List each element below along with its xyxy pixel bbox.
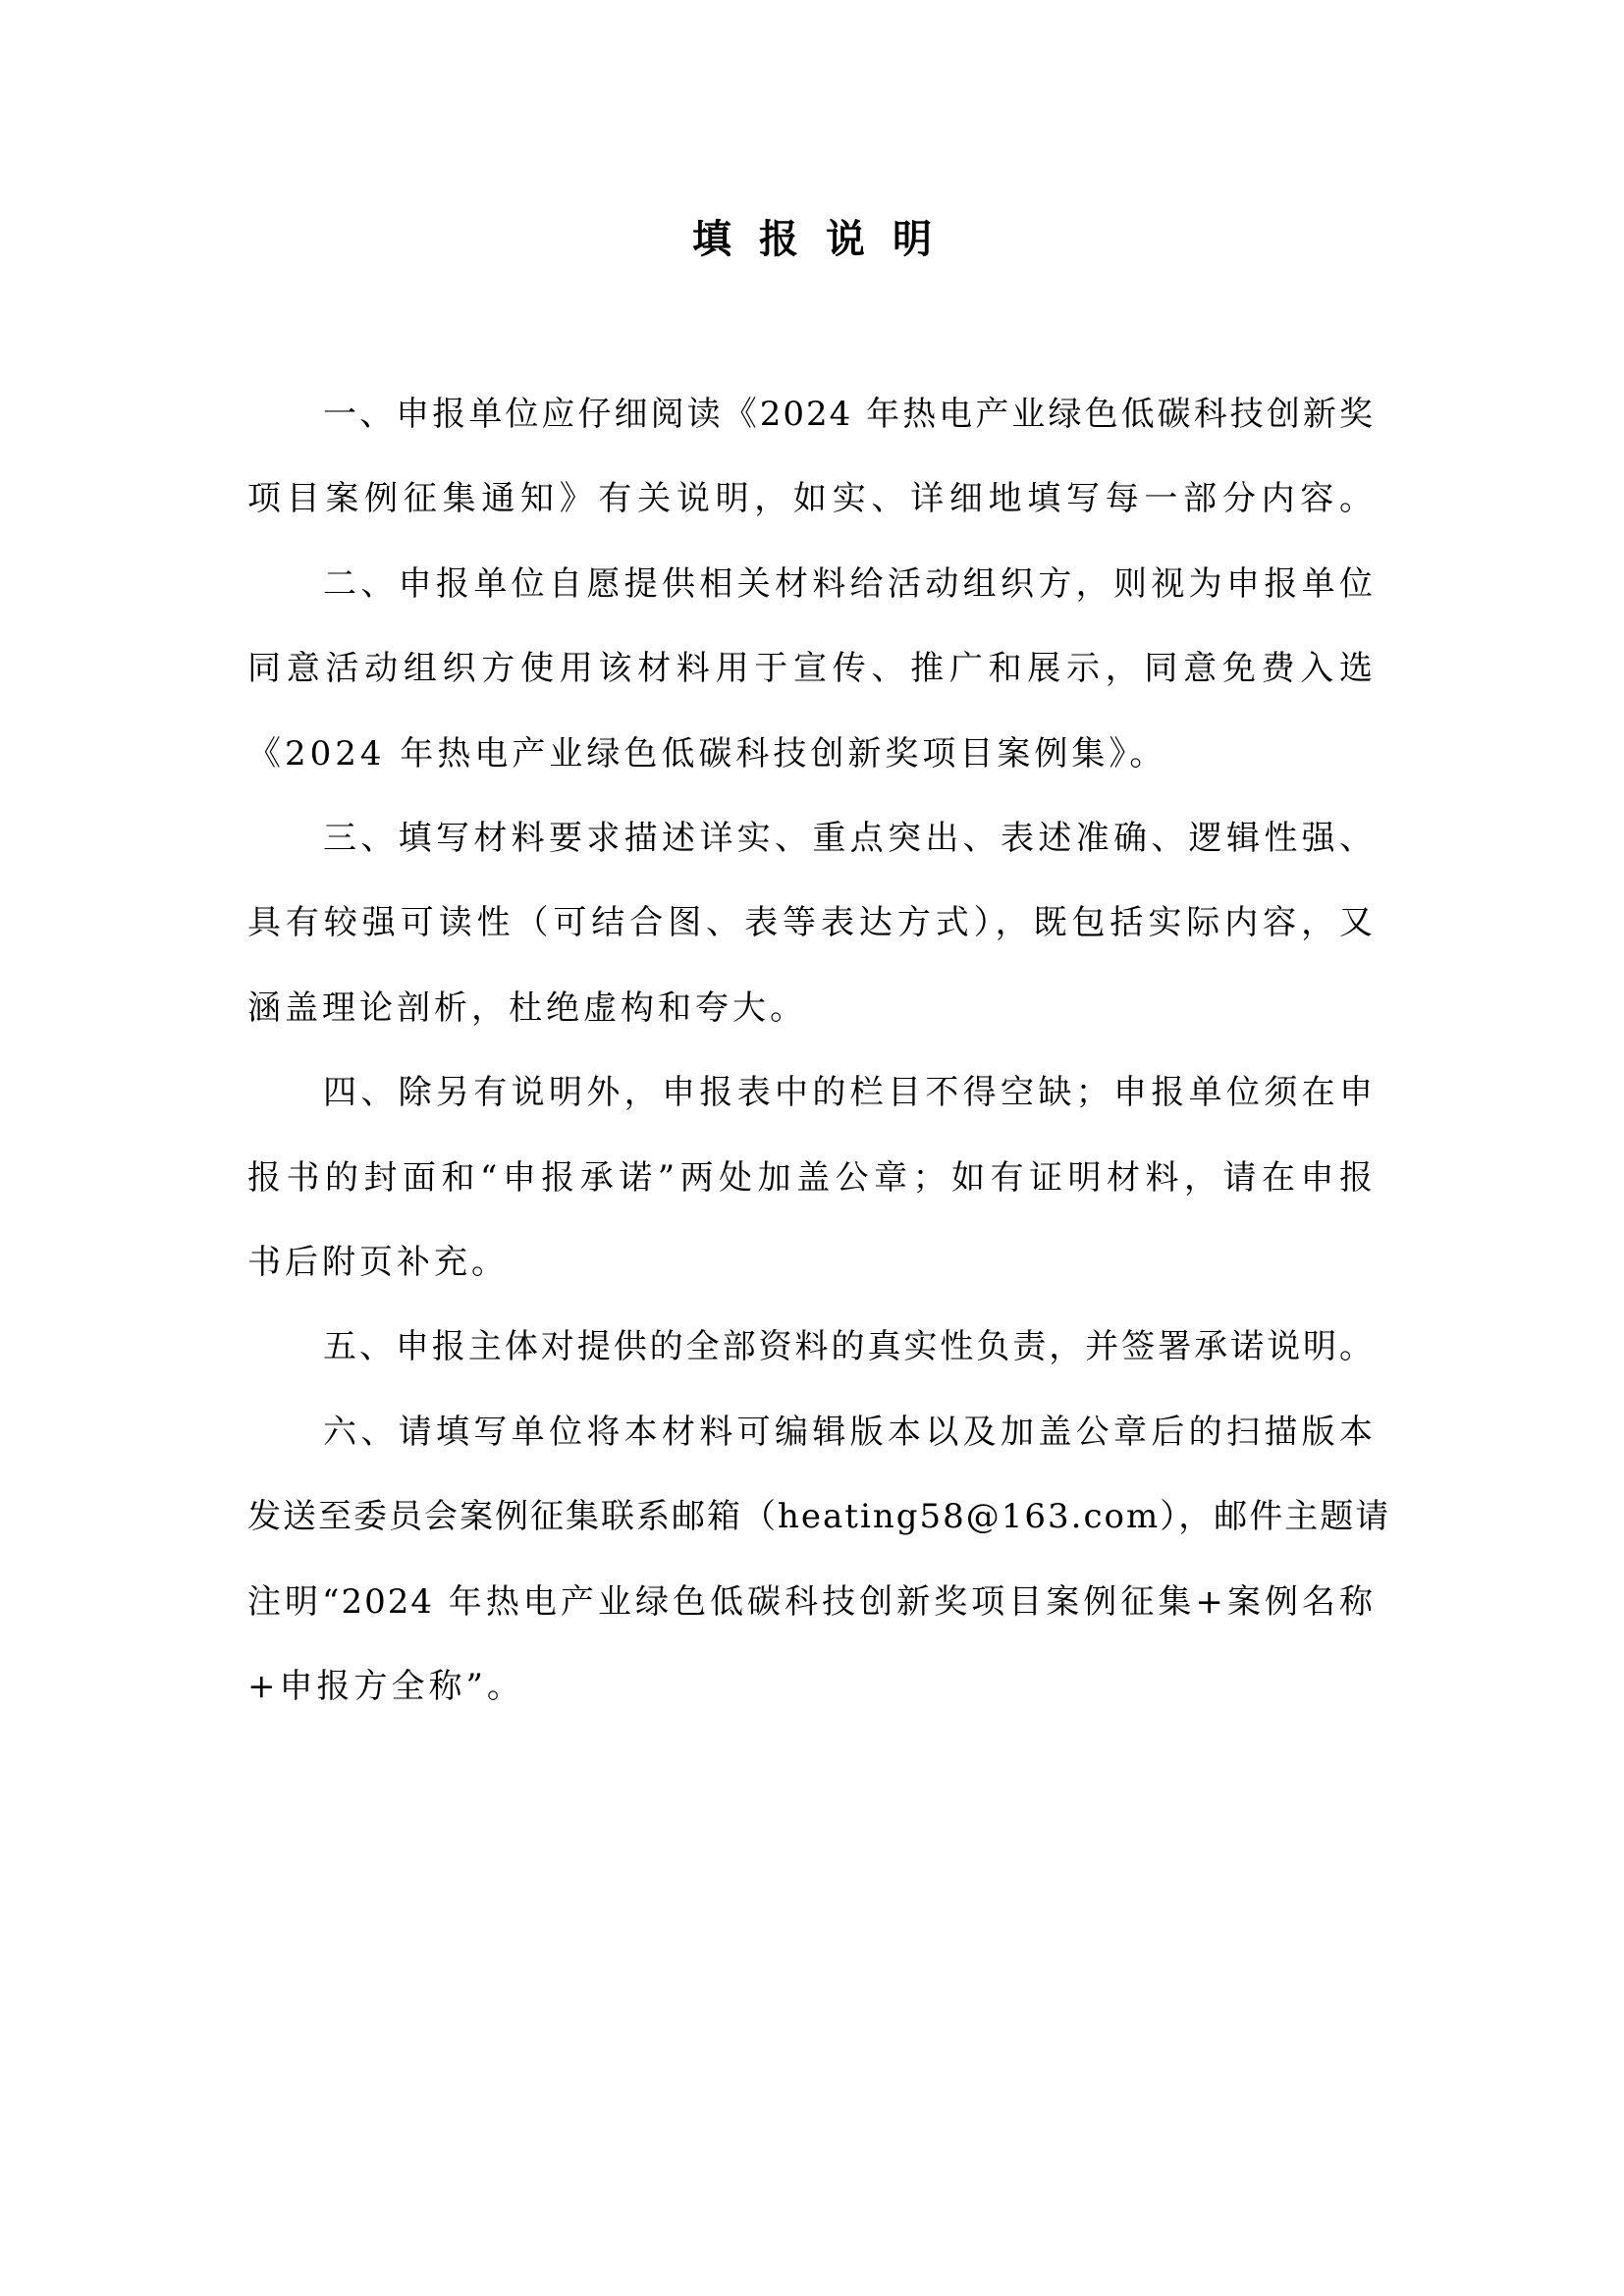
paragraph-line: 具有较强可读性（可结合图、表等表达方式），既包括实际内容，又 (247, 898, 1375, 947)
paragraph-line: 注明“2024 年热电产业绿色低碳科技创新奖项目案例征集+案例名称 (247, 1577, 1375, 1627)
paragraph-line: 二、申报单位自愿提供相关材料给活动组织方，则视为申报单位 (323, 560, 1375, 609)
paragraph-line: 涵盖理论剖析，杜绝虚构和夸大。 (247, 984, 807, 1033)
paragraph-line: 项目案例征集通知》有关说明，如实、详细地填写每一部分内容。 (247, 474, 1375, 523)
paragraph-line: 报书的封面和“申报承诺”两处加盖公章；如有证明材料，请在申报 (247, 1153, 1375, 1202)
paragraph-line: 三、填写材料要求描述详实、重点突出、表述准确、逻辑性强、 (323, 814, 1375, 863)
paragraph-line: 六、请填写单位将本材料可编辑版本以及加盖公章后的扫描版本 (323, 1408, 1375, 1457)
paragraph-line: 一、申报单位应仔细阅读《2024 年热电产业绿色低碳科技创新奖 (323, 390, 1375, 439)
page-title: 填报说明 (0, 210, 1624, 269)
paragraph-line: 书后附页补充。 (247, 1238, 509, 1287)
paragraph-line: +申报方全称”。 (247, 1662, 524, 1711)
document-page: 填报说明 一、申报单位应仔细阅读《2024 年热电产业绿色低碳科技创新奖 项目案… (0, 0, 1624, 2296)
paragraph-line-with-email: 发送至委员会案例征集联系邮箱（heating58@163.com），邮件主题请 (247, 1492, 1375, 1541)
paragraph-line: 同意活动组织方使用该材料用于宣传、推广和展示，同意免费入选 (247, 644, 1375, 693)
paragraph-line: 四、除另有说明外，申报表中的栏目不得空缺；申报单位须在申 (323, 1068, 1375, 1117)
paragraph-line: 《2024 年热电产业绿色低碳科技创新奖项目案例集》。 (247, 729, 1166, 778)
paragraph-line: 五、申报主体对提供的全部资料的真实性负责，并签署承诺说明。 (323, 1322, 1375, 1371)
